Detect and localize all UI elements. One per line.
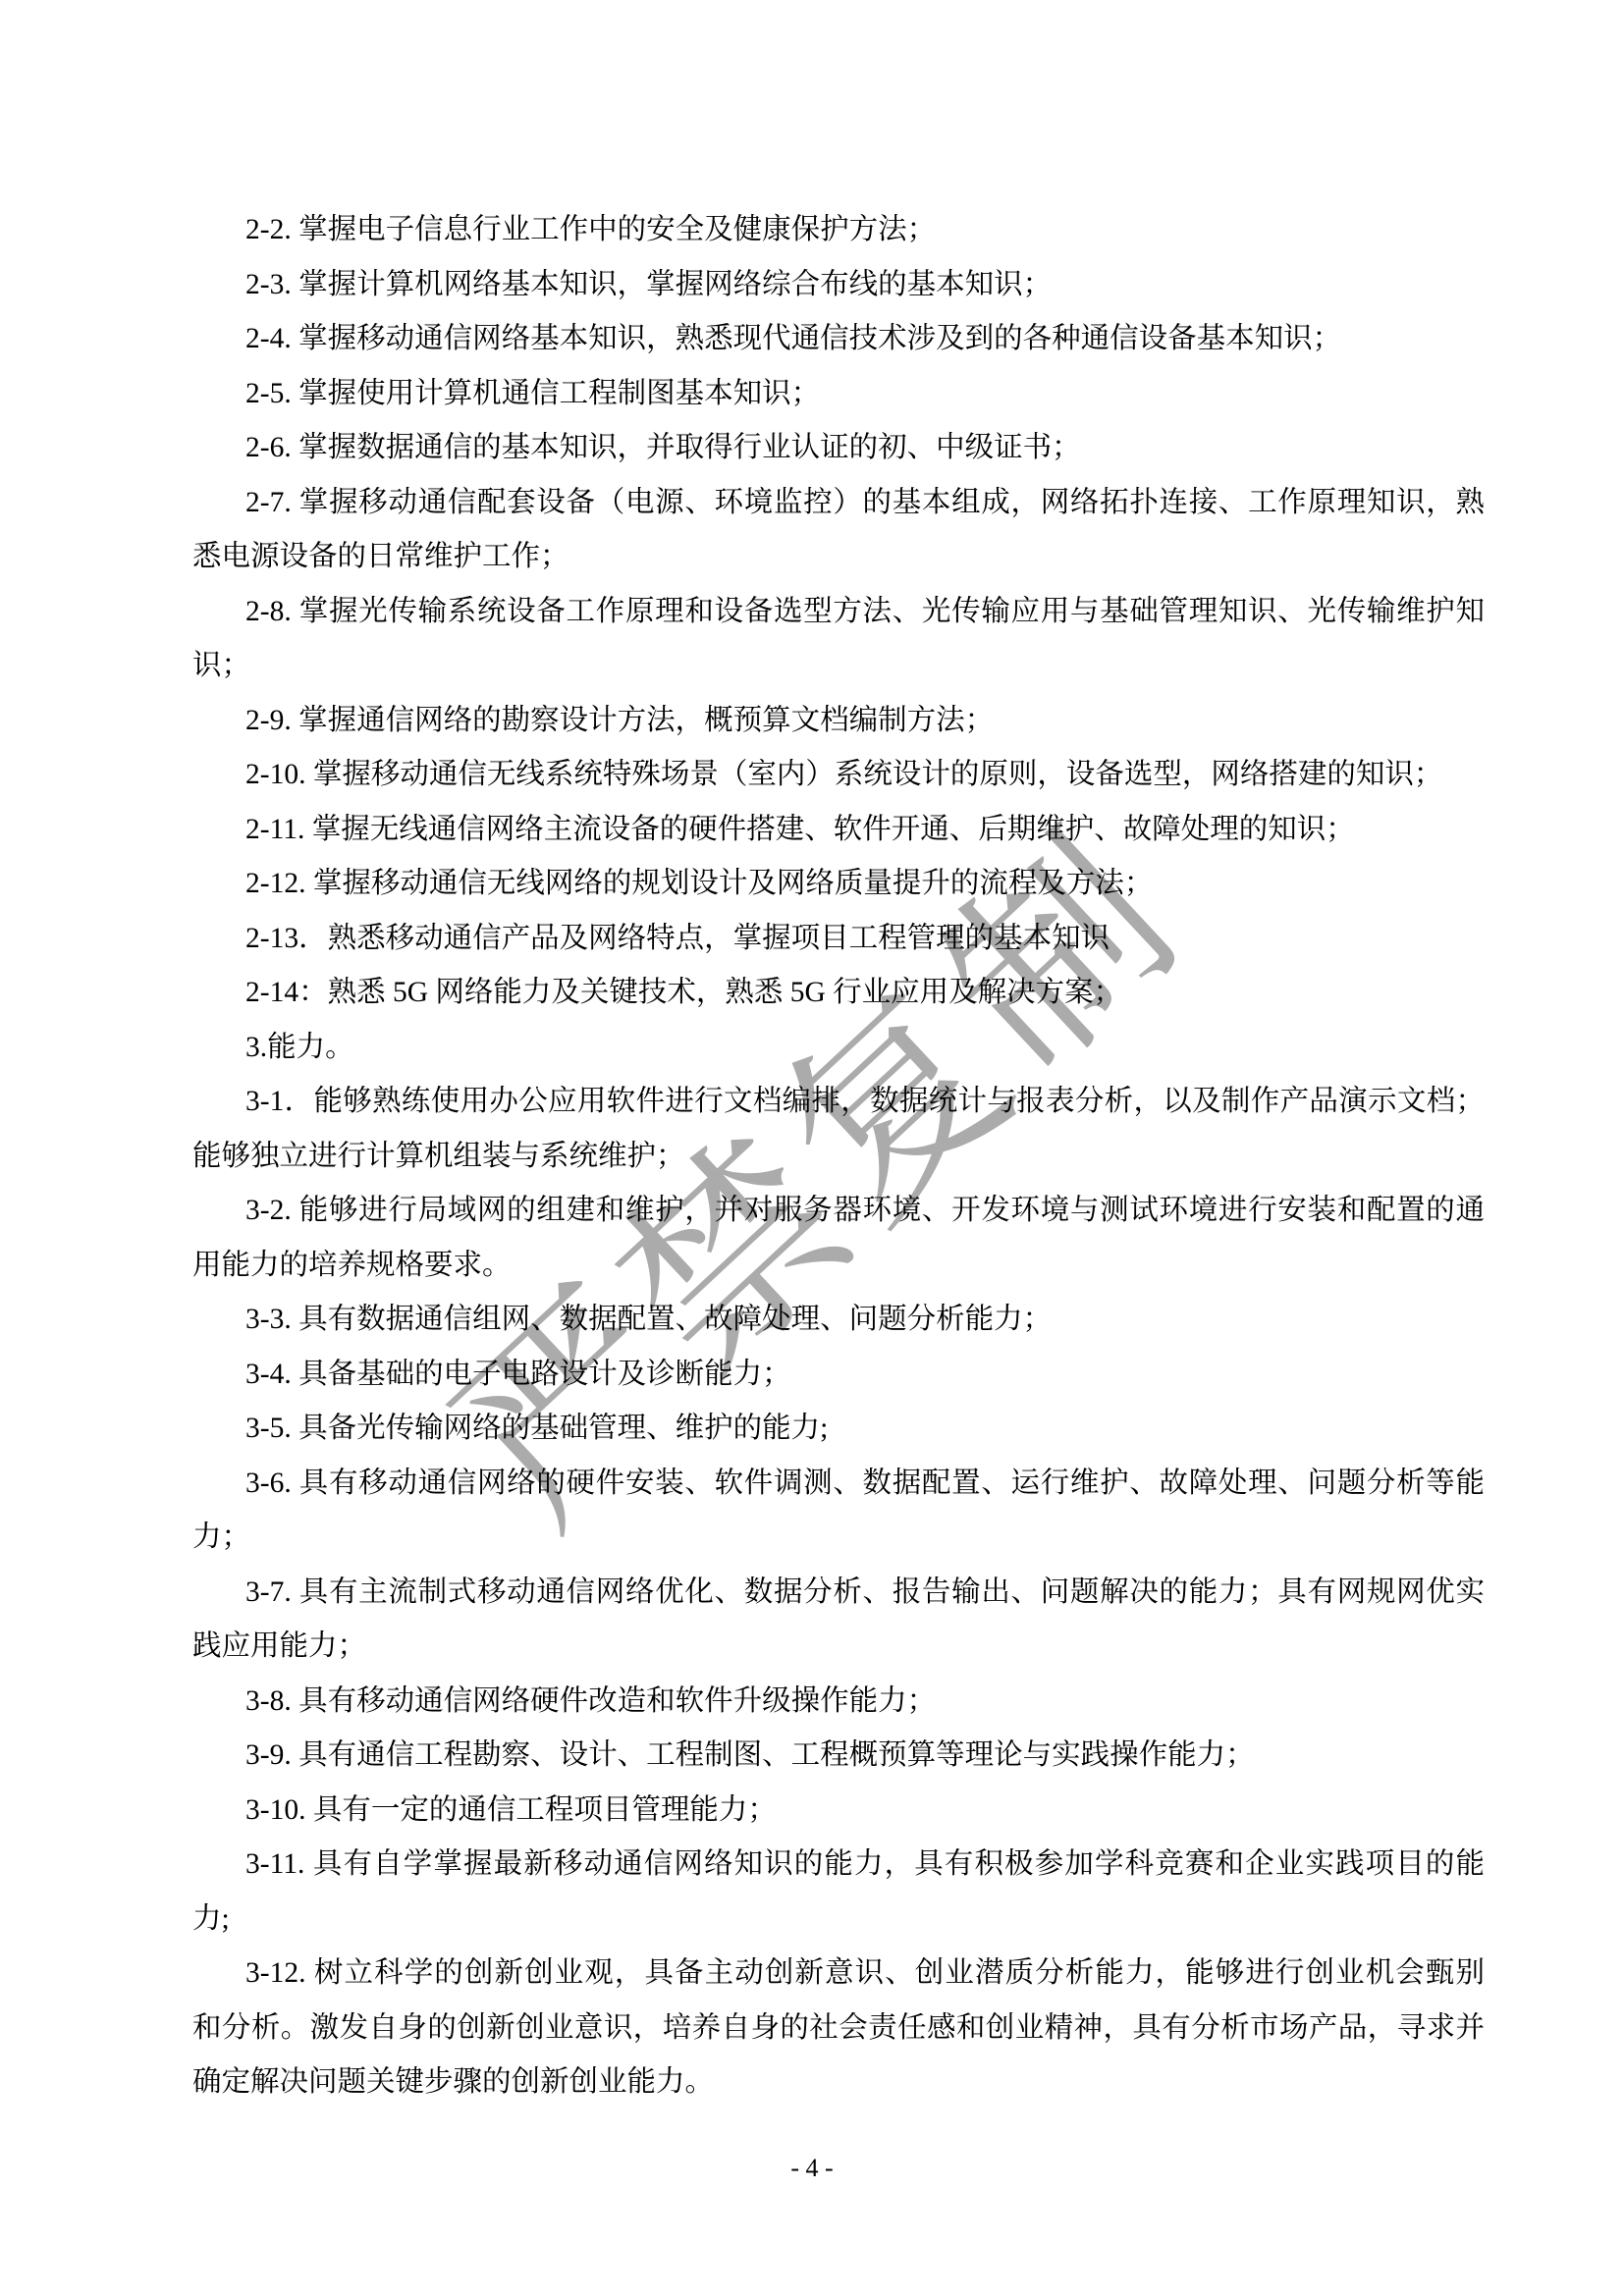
text-line: 2-12. 掌握移动通信无线网络的规划设计及网络质量提升的流程及方法； — [192, 857, 1485, 912]
text-line: 2-11. 掌握无线通信网络主流设备的硬件搭建、软件开通、后期维护、故障处理的知… — [192, 803, 1485, 858]
text-line: 2-6. 掌握数据通信的基本知识，并取得行业认证的初、中级证书； — [192, 421, 1485, 476]
document-page: 严禁复制 2-2. 掌握电子信息行业工作中的安全及健康保护方法；2-3. 掌握计… — [0, 0, 1624, 2296]
text-line: 和分析。激发自身的创新创业意识，培养自身的社会责任感和创业精神，具有分析市场产品… — [192, 2002, 1485, 2056]
text-line: 2-8. 掌握光传输系统设备工作原理和设备选型方法、光传输应用与基础管理知识、光… — [192, 585, 1485, 640]
text-line: 2-10. 掌握移动通信无线系统特殊场景（室内）系统设计的原则，设备选型，网络搭… — [192, 748, 1485, 803]
text-line: 2-4. 掌握移动通信网络基本知识，熟悉现代通信技术涉及到的各种通信设备基本知识… — [192, 312, 1485, 367]
text-line: 2-13．熟悉移动通信产品及网络特点，掌握项目工程管理的基本知识 — [192, 912, 1485, 967]
text-line: 力; — [192, 1893, 1485, 1948]
text-line: 2-3. 掌握计算机网络基本知识，掌握网络综合布线的基本知识； — [192, 258, 1485, 313]
document-body: 2-2. 掌握电子信息行业工作中的安全及健康保护方法；2-3. 掌握计算机网络基… — [192, 203, 1485, 2110]
text-line: 3-11. 具有自学掌握最新移动通信网络知识的能力，具有积极参加学科竞赛和企业实… — [192, 1838, 1485, 1893]
text-line: 3-8. 具有移动通信网络硬件改造和软件升级操作能力； — [192, 1675, 1485, 1730]
text-line: 确定解决问题关键步骤的创新创业能力。 — [192, 2056, 1485, 2110]
text-line: 3-9. 具有通信工程勘察、设计、工程制图、工程概预算等理论与实践操作能力； — [192, 1729, 1485, 1784]
text-line: 3-4. 具备基础的电子电路设计及诊断能力； — [192, 1348, 1485, 1403]
text-line: 践应用能力； — [192, 1620, 1485, 1675]
text-line: 3-10. 具有一定的通信工程项目管理能力； — [192, 1784, 1485, 1839]
text-line: 3-6. 具有移动通信网络的硬件安装、软件调测、数据配置、运行维护、故障处理、问… — [192, 1457, 1485, 1512]
text-line: 用能力的培养规格要求。 — [192, 1239, 1485, 1294]
text-line: 3-3. 具有数据通信组网、数据配置、故障处理、问题分析能力； — [192, 1293, 1485, 1348]
text-line: 3-7. 具有主流制式移动通信网络优化、数据分析、报告输出、问题解决的能力；具有… — [192, 1566, 1485, 1621]
text-line: 3-5. 具备光传输网络的基础管理、维护的能力; — [192, 1402, 1485, 1457]
page-number: - 4 - — [0, 2154, 1624, 2183]
text-line: 3-12. 树立科学的创新创业观，具备主动创新意识、创业潜质分析能力，能够进行创… — [192, 1947, 1485, 2002]
text-line: 3.能力。 — [192, 1021, 1485, 1076]
text-line: 识； — [192, 639, 1485, 694]
text-line: 力； — [192, 1511, 1485, 1566]
text-line: 3-2. 能够进行局域网的组建和维护，并对服务器环境、开发环境与测试环境进行安装… — [192, 1184, 1485, 1239]
text-line: 2-9. 掌握通信网络的勘察设计方法，概预算文档编制方法； — [192, 694, 1485, 749]
text-line: 能够独立进行计算机组装与系统维护； — [192, 1130, 1485, 1185]
text-line: 2-5. 掌握使用计算机通信工程制图基本知识； — [192, 367, 1485, 422]
text-line: 2-2. 掌握电子信息行业工作中的安全及健康保护方法； — [192, 203, 1485, 258]
text-line: 2-7. 掌握移动通信配套设备（电源、环境监控）的基本组成，网络拓扑连接、工作原… — [192, 476, 1485, 531]
text-line: 3-1．能够熟练使用办公应用软件进行文档编排，数据统计与报表分析，以及制作产品演… — [192, 1075, 1485, 1130]
text-line: 2-14：熟悉 5G 网络能力及关键技术，熟悉 5G 行业应用及解决方案； — [192, 966, 1485, 1021]
text-line: 悉电源设备的日常维护工作； — [192, 530, 1485, 585]
